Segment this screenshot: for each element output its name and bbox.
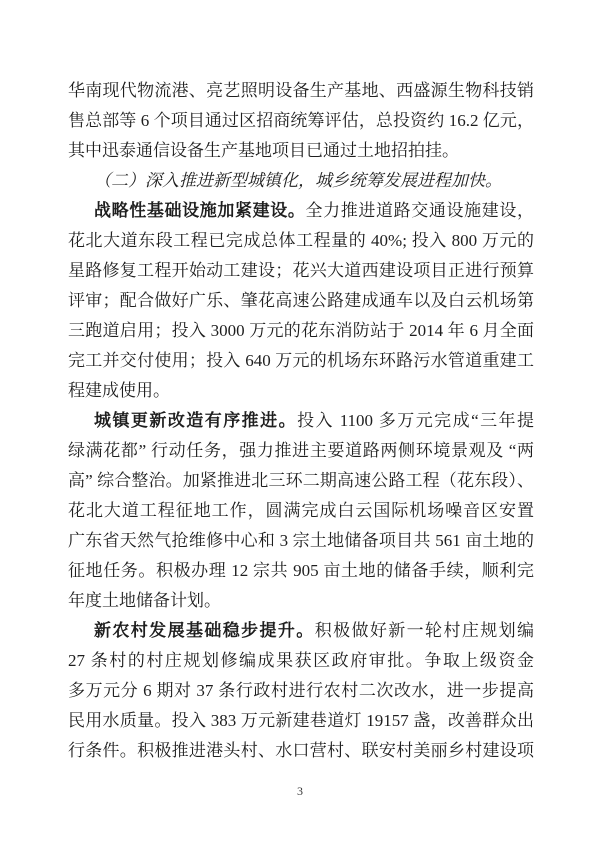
paragraph-first-line: 城镇更新改造有序推进。投入 1100 多万元完成“三年提升、 bbox=[68, 406, 534, 436]
line-text: 全力推进道路交通设施建设， bbox=[306, 201, 535, 220]
body-line: 星路修复工程开始动工建设；花兴大道西建设项目正进行预算 bbox=[68, 256, 534, 286]
run-in-heading: 战略性基础设施加紧建设。 bbox=[94, 201, 306, 220]
body-line: 华南现代物流港、亮艺照明设备生产基地、西盛源生物科技销 bbox=[68, 76, 534, 106]
line-text: 评审；配合做好广乐、肇花高速公路建成通车以及白云机场第 bbox=[68, 291, 534, 310]
line-text: 华南现代物流港、亮艺照明设备生产基地、西盛源生物科技销 bbox=[68, 81, 534, 100]
body-line: 广东省天然气抢维修中心和 3 宗土地储备项目共 561 亩土地的 bbox=[68, 526, 534, 556]
line-text: 行条件。积极推进港头村、水口营村、联安村美丽乡村建设项 bbox=[68, 741, 534, 760]
body-line: 花北大道工程征地工作，圆满完成白云国际机场噪音区安置区、 bbox=[68, 496, 534, 526]
line-text: 绿满花都” 行动任务，强力推进主要道路两侧环境景观及 “两 bbox=[68, 441, 534, 460]
line-text: （二）深入推进新型城镇化，城乡统筹发展进程加快。 bbox=[94, 171, 502, 190]
body-line: 高” 综合整治。加紧推进北三环二期高速公路工程（花东段）、 bbox=[68, 466, 534, 496]
paragraph-first-line: 战略性基础设施加紧建设。全力推进道路交通设施建设， bbox=[68, 196, 534, 226]
body-line: 27 条村的村庄规划修编成果获区政府审批。争取上级资金 5100 bbox=[68, 646, 534, 676]
line-text: 程建成使用。 bbox=[68, 381, 170, 400]
line-text: 售总部等 6 个项目通过区招商统筹评估，总投资约 16.2 亿元， bbox=[68, 111, 534, 130]
body-line: 其中迅泰通信设备生产基地项目已通过土地招拍挂。 bbox=[68, 136, 534, 166]
section-heading: （二）深入推进新型城镇化，城乡统筹发展进程加快。 bbox=[68, 166, 534, 196]
line-text: 星路修复工程开始动工建设；花兴大道西建设项目正进行预算 bbox=[68, 261, 534, 280]
body-line: 评审；配合做好广乐、肇花高速公路建成通车以及白云机场第 bbox=[68, 286, 534, 316]
body-line: 花北大道东段工程已完成总体工程量的 40%; 投入 800 万元的永 bbox=[68, 226, 534, 256]
body-line: 征地任务。积极办理 12 宗共 905 亩土地的储备手续，顺利完成 bbox=[68, 556, 534, 586]
line-text: 年度土地储备计划。 bbox=[68, 591, 221, 610]
line-text: 广东省天然气抢维修中心和 3 宗土地储备项目共 561 亩土地的 bbox=[68, 531, 534, 550]
body-line: 民用水质量。投入 383 万元新建巷道灯 19157 盏，改善群众出 bbox=[68, 706, 534, 736]
line-text: 多万元分 6 期对 37 条行政村进行农村二次改水，进一步提高村 bbox=[68, 681, 534, 706]
line-text: 27 条村的村庄规划修编成果获区政府审批。争取上级资金 5100 bbox=[68, 651, 534, 676]
document-page: 华南现代物流港、亮艺照明设备生产基地、西盛源生物科技销 售总部等 6 个项目通过… bbox=[0, 0, 600, 848]
body-line: 三跑道启用；投入 3000 万元的花东消防站于 2014 年 6 月全面 bbox=[68, 316, 534, 346]
run-in-heading: 城镇更新改造有序推进。 bbox=[94, 411, 297, 430]
body-line: 程建成使用。 bbox=[68, 376, 534, 406]
line-text: 征地任务。积极办理 12 宗共 905 亩土地的储备手续，顺利完成 bbox=[68, 561, 534, 586]
page-number: 3 bbox=[0, 784, 600, 798]
body-line: 多万元分 6 期对 37 条行政村进行农村二次改水，进一步提高村 bbox=[68, 676, 534, 706]
run-in-heading: 新农村发展基础稳步提升。 bbox=[94, 621, 315, 640]
line-text: 三跑道启用；投入 3000 万元的花东消防站于 2014 年 6 月全面 bbox=[68, 321, 534, 340]
body-line: 行条件。积极推进港头村、水口营村、联安村美丽乡村建设项 bbox=[68, 736, 534, 766]
line-text: 完工并交付使用；投入 640 万元的机场东环路污水管道重建工 bbox=[68, 351, 534, 370]
line-text: 高” 综合整治。加紧推进北三环二期高速公路工程（花东段）、 bbox=[68, 471, 534, 490]
line-text: 其中迅泰通信设备生产基地项目已通过土地招拍挂。 bbox=[68, 141, 459, 160]
document-body: 华南现代物流港、亮艺照明设备生产基地、西盛源生物科技销 售总部等 6 个项目通过… bbox=[68, 76, 534, 766]
body-line: 绿满花都” 行动任务，强力推进主要道路两侧环境景观及 “两 bbox=[68, 436, 534, 466]
body-line: 售总部等 6 个项目通过区招商统筹评估，总投资约 16.2 亿元， bbox=[68, 106, 534, 136]
body-line: 年度土地储备计划。 bbox=[68, 586, 534, 616]
paragraph-first-line: 新农村发展基础稳步提升。积极做好新一轮村庄规划编制， bbox=[68, 616, 534, 646]
line-text: 花北大道工程征地工作，圆满完成白云国际机场噪音区安置区、 bbox=[68, 501, 534, 526]
body-line: 完工并交付使用；投入 640 万元的机场东环路污水管道重建工 bbox=[68, 346, 534, 376]
line-text: 花北大道东段工程已完成总体工程量的 40%; 投入 800 万元的永 bbox=[68, 231, 534, 256]
line-text: 民用水质量。投入 383 万元新建巷道灯 19157 盏，改善群众出 bbox=[68, 711, 534, 730]
